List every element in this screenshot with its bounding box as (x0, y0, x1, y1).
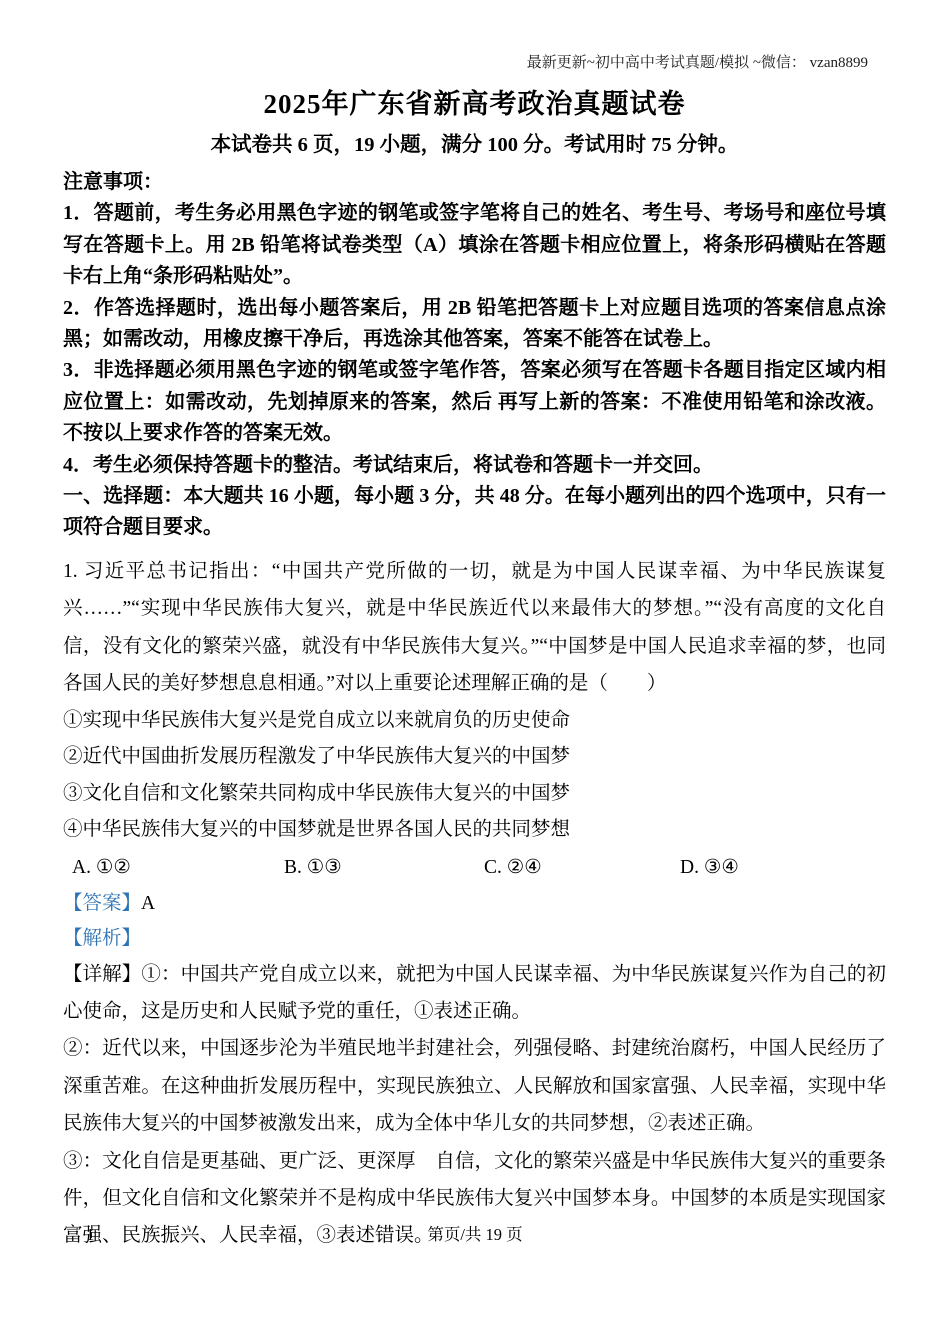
explanation-paragraph-1: 【详解】①：中国共产党自成立以来，就把为中国人民谋幸福、为中华民族谋复兴作为自己… (63, 956, 886, 1031)
option-c: C. ②④ (484, 849, 680, 886)
explanation-text-1: ①：中国共产党自成立以来，就把为中国人民谋幸福、为中华民族谋复兴作为自己的初心使… (63, 964, 886, 1022)
exam-document-page: 最新更新~初中高中考试真题/模拟 ~微信： vzan8899 2025年广东省新… (0, 0, 950, 1255)
option-a: A. ①② (72, 849, 284, 886)
explanation-label: 【详解】 (63, 964, 141, 985)
notice-heading: 注意事项： (63, 167, 886, 198)
question-1-statement-2: ②近代中国曲折发展历程激发了中华民族伟大复兴的中国梦 (63, 739, 886, 776)
notice-item-3: 3．非选择题必须用黑色字迹的钢笔或签字笔作答，答案必须写在答题卡各题目指定区域内… (63, 355, 886, 449)
answer-label: 【答案】 (63, 893, 141, 914)
page-footer: 1 第页/共 19 页 (0, 1224, 950, 1246)
analysis-label: 【解析】 (63, 928, 141, 949)
question-1-stem: 1. 习近平总书记指出：“中国共产党所做的一切，就是为中国人民谋幸福、为中华民族… (63, 553, 886, 703)
question-1-statement-1: ①实现中华民族伟大复兴是党自成立以来就肩负的历史使命 (63, 703, 886, 740)
header-watermark-note: 最新更新~初中高中考试真题/模拟 ~微信： vzan8899 (63, 54, 886, 72)
question-1-block: 1. 习近平总书记指出：“中国共产党所做的一切，就是为中国人民谋幸福、为中华民族… (63, 553, 886, 1255)
analysis-line: 【解析】 (63, 921, 886, 956)
option-b: B. ①③ (284, 849, 484, 886)
question-1-options-row: A. ①② B. ①③ C. ②④ D. ③④ (63, 849, 886, 886)
notice-item-2: 2．作答选择题时，选出每小题答案后，用 2B 铅笔把答题卡上对应题目选项的答案信… (63, 293, 886, 356)
stray-dot-artifact (187, 1227, 190, 1230)
answer-value: A (141, 893, 155, 914)
footer-page-number: 1 (86, 1224, 94, 1246)
explanation-paragraph-2: ②：近代以来，中国逐步沦为半殖民地半封建社会，列强侵略、封建统治腐朽，中国人民经… (63, 1030, 886, 1142)
notice-section: 注意事项： 1．答题前，考生务必用黑色字迹的钢笔或签字笔将自己的姓名、考生号、考… (63, 167, 886, 544)
question-1-statement-4: ④中华民族伟大复兴的中国梦就是世界各国人民的共同梦想 (63, 812, 886, 849)
page-title: 2025年广东省新高考政治真题试卷 (63, 88, 886, 120)
section-heading: 一、选择题：本大题共 16 小题，每小题 3 分，共 48 分。在每小题列出的四… (63, 481, 886, 544)
footer-page-info: 第页/共 19 页 (0, 1224, 950, 1246)
option-d: D. ③④ (680, 849, 886, 886)
notice-item-1: 1．答题前，考生务必用黑色字迹的钢笔或签字笔将自己的姓名、考生号、考场号和座位号… (63, 198, 886, 292)
exam-summary-line: 本试卷共 6 页，19 小题，满分 100 分。考试用时 75 分钟。 (63, 133, 886, 158)
answer-line: 【答案】A (63, 886, 886, 921)
question-1-statement-3: ③文化自信和文化繁荣共同构成中华民族伟大复兴的中国梦 (63, 776, 886, 813)
notice-item-4: 4．考生必须保持答题卡的整洁。考试结束后，将试卷和答题卡一并交回。 (63, 450, 886, 481)
